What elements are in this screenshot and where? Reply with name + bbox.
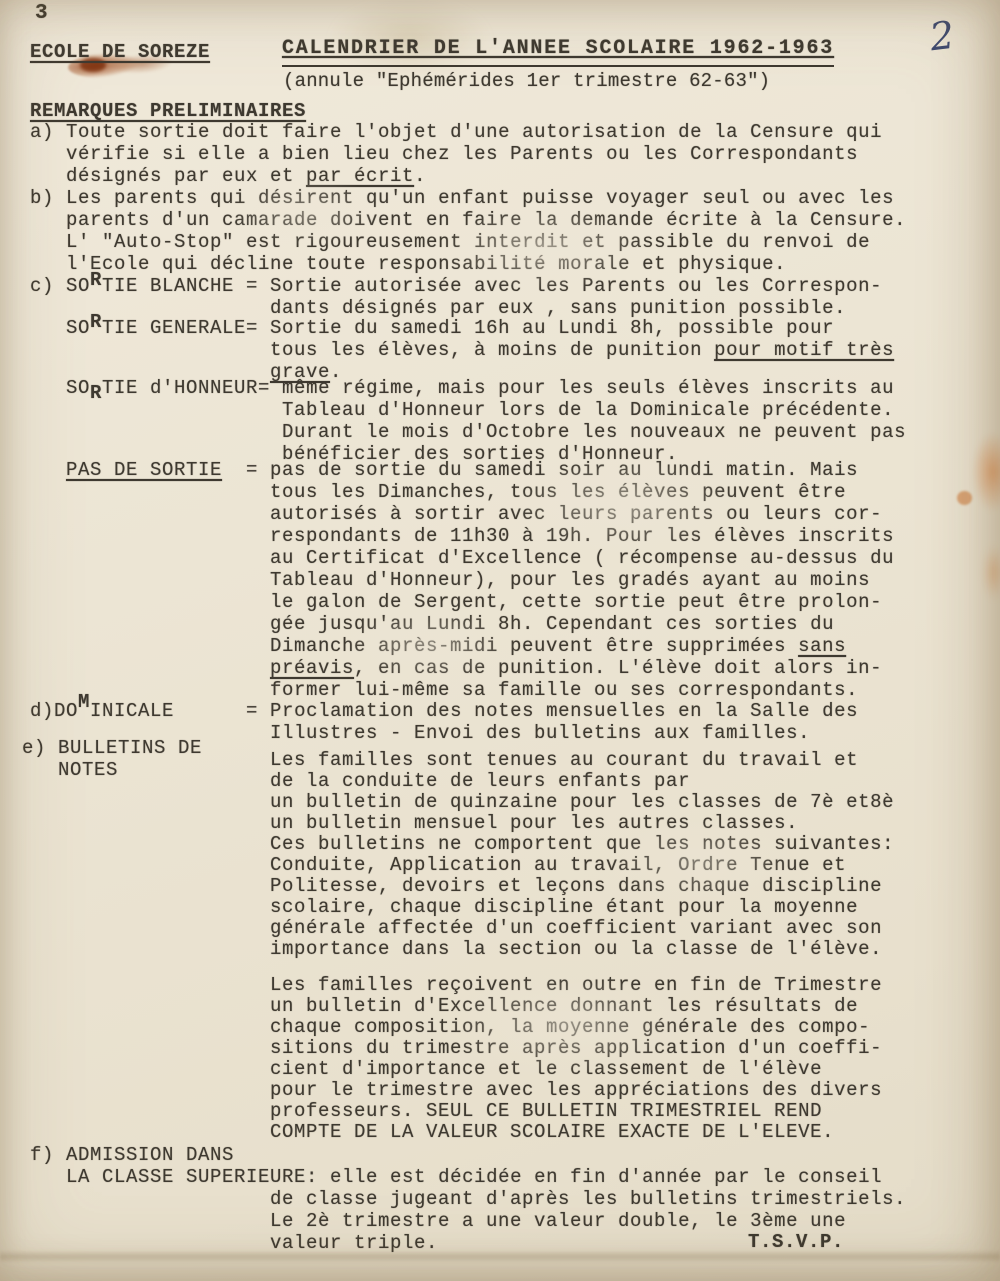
- sortie-generale-line1: SORTIE GENERALE= Sortie du samedi 16h au…: [30, 318, 834, 339]
- dominicale-line2: Illustres - Envoi des bulletins aux fami…: [270, 723, 810, 744]
- remark-a-line2: vérifie si elle a bien lieu chez les Par…: [30, 144, 858, 165]
- page-number: 3: [35, 2, 48, 25]
- section-heading: REMARQUES PRELIMINAIRES: [30, 100, 306, 122]
- pas-de-sortie-line1: PAS DE SORTIE = pas de sortie du samedi …: [30, 460, 858, 481]
- trimestre-line6: pour le trimestre avec les appréciations…: [270, 1080, 882, 1101]
- pas-de-sortie-line11: former lui-même sa famille ou ses corres…: [270, 680, 858, 701]
- admission-line3: de classe jugeant d'après les bulletins …: [270, 1189, 906, 1210]
- dominicale-line1: d)DOMINICALE = Proclamation des notes me…: [30, 701, 858, 722]
- remark-a-line1: a) Toute sortie doit faire l'objet d'une…: [30, 122, 882, 143]
- scanned-document-page: 3 2 ECOLE DE SOREZE CALENDRIER DE L'ANNE…: [0, 0, 1000, 1281]
- admission-line5: valeur triple.: [270, 1233, 438, 1254]
- remark-b-line2: parents d'un camarade doivent en faire l…: [30, 210, 906, 231]
- pas-de-sortie-line10: préavis, en cas de punition. L'élève doi…: [270, 658, 882, 679]
- trimestre-line7: professeurs. SEUL CE BULLETIN TRIMESTRIE…: [270, 1101, 822, 1122]
- bulletins-line6: Conduite, Application au travail, Ordre …: [270, 855, 846, 876]
- bulletins-line1: Les familles sont tenues au courant du t…: [270, 750, 858, 771]
- pas-de-sortie-line5: au Certificat d'Excellence ( récompense …: [270, 548, 894, 569]
- orange-stain-streak: [983, 545, 1000, 600]
- admission-line4: Le 2è trimestre a une valeur double, le …: [270, 1211, 846, 1232]
- pas-de-sortie-line8: gée jusqu'au Lundi 8h. Cependant ces sor…: [270, 614, 834, 635]
- turn-page-note: T.S.V.P.: [748, 1231, 844, 1253]
- bulletins-line10: importance dans la section ou la classe …: [270, 939, 882, 960]
- trimestre-line3: chaque composition, la moyenne générale …: [270, 1017, 870, 1038]
- trimestre-line2: un bulletin d'Excellence donnant les rés…: [270, 996, 858, 1017]
- remark-b-line4: l'Ecole qui décline toute responsabilité…: [30, 254, 786, 275]
- trimestre-line4: sitions du trimestre après application d…: [270, 1038, 882, 1059]
- sortie-honneur-line3: Durant le mois d'Octobre les nouveaux ne…: [282, 422, 906, 443]
- pas-de-sortie-line7: le galon de Sergent, cette sortie peut ê…: [270, 592, 882, 613]
- trimestre-line8: COMPTE DE LA VALEUR SCOLAIRE EXACTE DE L…: [270, 1122, 834, 1143]
- bulletins-line3: un bulletin de quinzaine pour les classe…: [270, 792, 894, 813]
- sortie-honneur-line2: Tableau d'Honneur lors de la Dominicale …: [282, 400, 894, 421]
- school-name: ECOLE DE SOREZE: [30, 41, 210, 63]
- bulletins-line7: Politesse, devoirs et leçons dans chaque…: [270, 876, 882, 897]
- bulletins-label-line2: NOTES: [22, 760, 118, 781]
- orange-stain-dot: [957, 491, 972, 505]
- trimestre-line5: cient d'importance et le classement de l…: [270, 1059, 822, 1080]
- admission-line1: f) ADMISSION DANS: [30, 1145, 234, 1166]
- pas-de-sortie-line2: tous les Dimanches, tous les élèves peuv…: [270, 482, 846, 503]
- sortie-generale-line2: tous les élèves, à moins de punition pou…: [270, 340, 894, 361]
- pas-de-sortie-line9: Dimanche après-midi peuvent être supprim…: [270, 636, 846, 657]
- bulletins-line8: scolaire, chaque discipline étant pour l…: [270, 897, 858, 918]
- handwritten-page-number: 2: [927, 13, 956, 60]
- sortie-blanche-line2: dants désignés par eux , sans punition p…: [270, 298, 846, 319]
- remark-b-line1: b) Les parents qui désirent qu'un enfant…: [30, 188, 894, 209]
- bulletins-label-line1: e) BULLETINS DE: [22, 738, 202, 759]
- sortie-blanche-line1: c) SORTIE BLANCHE = Sortie autorisée ave…: [30, 276, 882, 297]
- admission-line2: LA CLASSE SUPERIEURE: elle est décidée e…: [30, 1167, 882, 1188]
- pas-de-sortie-line4: respondants de 11h30 à 19h. Pour les élè…: [270, 526, 894, 547]
- sortie-honneur-line1: SORTIE d'HONNEUR= même régime, mais pour…: [30, 378, 894, 399]
- bottom-crease-shadow: [0, 1250, 1000, 1262]
- pas-de-sortie-line6: Tableau d'Honneur), pour les gradés ayan…: [270, 570, 870, 591]
- bulletins-line9: générale affectée d'un coefficient varia…: [270, 918, 882, 939]
- orange-stain-right: [972, 432, 1000, 512]
- document-title: CALENDRIER DE L'ANNEE SCOLAIRE 1962-1963: [282, 37, 834, 67]
- bulletins-line5: Ces bulletins ne comportent que les note…: [270, 834, 894, 855]
- remark-a-line3: désignés par eux et par écrit.: [30, 166, 426, 187]
- trimestre-line1: Les familles reçoivent en outre en fin d…: [270, 975, 882, 996]
- document-subtitle: (annule "Ephémérides 1er trimestre 62-63…: [283, 70, 770, 92]
- remark-b-line3: L' "Auto-Stop" est rigoureusement interd…: [30, 232, 870, 253]
- pas-de-sortie-line3: autorisés à sortir avec leurs parents ou…: [270, 504, 882, 525]
- bulletins-line4: un bulletin mensuel pour les autres clas…: [270, 813, 798, 834]
- bulletins-line2: de la conduite de leurs enfants par: [270, 771, 690, 792]
